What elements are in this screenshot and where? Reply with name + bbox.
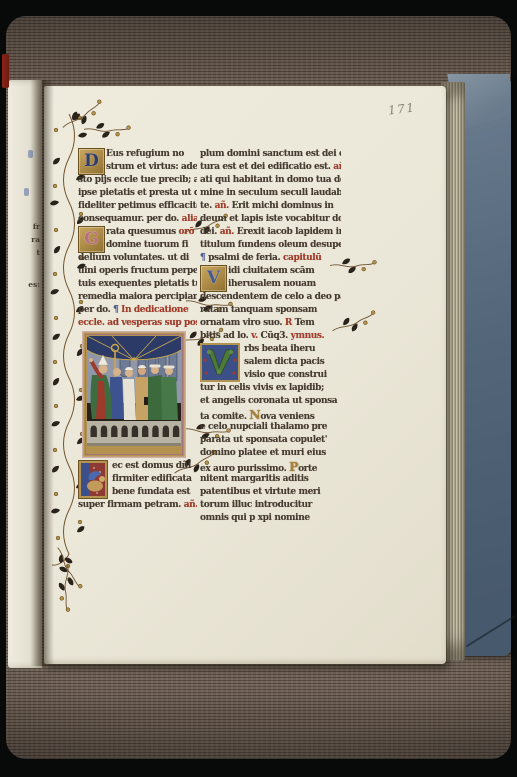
text-line: ex auro purissimo. Porte <box>200 460 341 473</box>
text-block: descendentem de celo a deo paratam tanqu… <box>200 291 341 343</box>
foliate-initial-V <box>200 343 240 382</box>
text-line: delium voluntates. ut di <box>78 252 197 265</box>
text-line: tur in celis vivis ex lapidib; <box>200 382 341 395</box>
illuminated-initial-D: D <box>78 148 105 175</box>
text-line: tura est et dei edificatio est. añ. Be <box>200 161 341 174</box>
facing-page-edge: fr ra t es: <box>8 80 42 668</box>
text-line: visio que construi <box>244 369 341 382</box>
folio-number: 171 <box>387 100 416 117</box>
text-line: torum illuc introducitur <box>200 499 341 512</box>
text-block: ec est domus dñifirmiter edificatabene f… <box>112 460 197 499</box>
text-line: salem dicta pacis <box>244 356 341 369</box>
text-line: rbs beata iheru <box>244 343 341 356</box>
text-line: sto pijs eccle tue precib; auctor <box>78 174 197 187</box>
cover-crease-line <box>466 615 516 647</box>
text-line: uini operis fructum perpe <box>78 265 197 278</box>
historiated-initial-H <box>78 460 108 499</box>
text-line: iherusalem nouam <box>228 278 341 291</box>
photo-slide: fr ra t es: 171 <box>0 0 517 777</box>
text-line: dei. añ. Erexit iacob lapidem in <box>200 226 341 239</box>
text-line: bitis ad lo. v. Cūq3. ymnus. <box>200 330 341 343</box>
text-line: fideliter petimus efficaciter <box>78 200 197 213</box>
text-fragment: fr <box>33 222 40 231</box>
text-line: mine in seculum seculi laudabūt <box>200 187 341 200</box>
text-line: bene fundata est <box>112 486 197 499</box>
text-line: parata ut sponsata copulet' <box>200 434 341 447</box>
text-line: ta comite. Nova veniens <box>200 408 341 421</box>
text-line: ratam tanquam sponsam <box>200 304 341 317</box>
text-block: idi ciuitatem scāmiherusalem nouam <box>228 265 341 291</box>
text-line: consequamur. per do. alia. <box>78 213 197 226</box>
text-fragment: t <box>37 248 40 257</box>
text-line: ati qui habitant in domo tua do <box>200 174 341 187</box>
initial-letter: V <box>207 270 220 287</box>
text-block: plum domini sanctum est dei cultura est … <box>200 148 341 265</box>
text-line: nitent margaritis aditis <box>200 473 341 486</box>
text-block: delium voluntates. ut diuini operis fruc… <box>78 252 197 330</box>
text-line: tuis exequentes pietatis tue <box>78 278 197 291</box>
text-line: ¶ psalmi de feria. capitulū <box>200 252 341 265</box>
text-line: per do. ¶ In dedicatione <box>78 304 197 317</box>
bookmark-ribbon <box>2 54 9 88</box>
text-line: strum et virtus: ade <box>106 161 197 174</box>
text-fragment: ra <box>31 235 40 244</box>
text-line: remedia maiora percipiant. <box>78 291 197 304</box>
border-sprig <box>57 95 111 139</box>
initial-letter: D <box>84 153 99 170</box>
initial-letter: G <box>84 231 99 248</box>
text-column-right: plum domini sanctum est dei cultura est … <box>200 148 341 525</box>
text-line: super firmam petram. añ. Tem <box>78 499 197 512</box>
text-block: rbs beata iherusalem dicta pacisvisio qu… <box>244 343 341 382</box>
illuminated-initial-V: V <box>200 265 227 292</box>
text-line: e celo nupciali thalamo pre <box>200 421 341 434</box>
miniature-dedication-of-church <box>82 331 186 458</box>
text-fragment: es: <box>28 280 40 289</box>
text-line: Eus refugium no <box>106 148 197 161</box>
text-line: ipse pietatis et presta ut quod <box>78 187 197 200</box>
border-sprig <box>46 543 87 597</box>
text-line: te. añ. Erit michi dominus in <box>200 200 341 213</box>
pen-flourish-mark <box>24 188 29 196</box>
text-line: titulum fundens oleum desuper. <box>200 239 341 252</box>
text-block: sto pijs eccle tue precib; auctoripse pi… <box>78 174 197 226</box>
text-line: rata quesumus orō <box>106 226 197 239</box>
text-line: ec est domus dñi <box>112 460 197 473</box>
text-line: descendentem de celo a deo pa <box>200 291 341 304</box>
text-block: rata quesumus orōdomine tuorum fi <box>106 226 197 252</box>
border-sprig <box>82 116 133 148</box>
illuminated-initial-G: G <box>78 226 105 253</box>
text-block: tur in celis vivis ex lapidib;et angelis… <box>200 382 341 525</box>
text-line: domine tuorum fi <box>106 239 197 252</box>
text-block: Eus refugium nostrum et virtus: ade <box>106 148 197 174</box>
text-line: plum domini sanctum est dei cul <box>200 148 341 161</box>
book-cover <box>458 74 511 656</box>
text-block: super firmam petram. añ. Tem <box>78 499 197 512</box>
text-line: et angelis coronata ut sponsa <box>200 395 341 408</box>
text-line: domino platee et muri eius <box>200 447 341 460</box>
text-line: idi ciuitatem scām <box>228 265 341 278</box>
border-sprig <box>48 563 82 615</box>
manuscript-page: 171 <box>44 86 446 664</box>
text-line: deum et lapis iste vocabitur dom' <box>200 213 341 226</box>
text-line: omnis qui p xpi nomine <box>200 512 341 525</box>
pen-flourish-mark <box>28 150 33 158</box>
text-line: eccle. ad vesperas sup pos. a. <box>78 317 197 330</box>
text-line: firmiter edificata <box>112 473 197 486</box>
text-line: patentibus et virtute meri <box>200 486 341 499</box>
text-line: ornatam viro suo. R Tem <box>200 317 341 330</box>
